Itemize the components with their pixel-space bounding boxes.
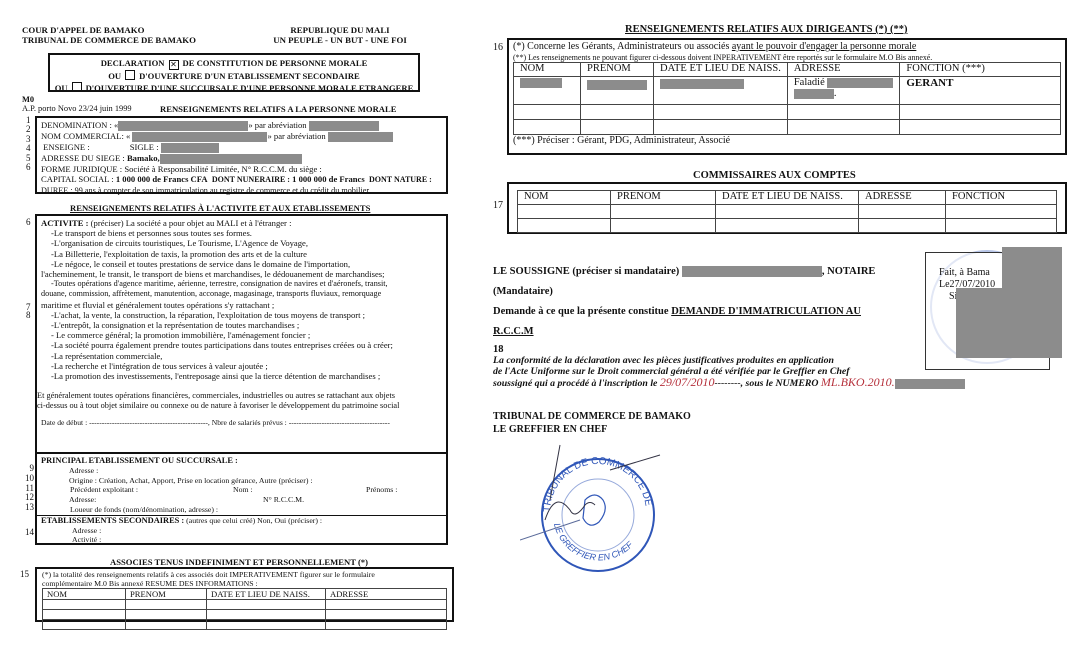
row-number-15: 15 bbox=[20, 569, 29, 579]
table-cell[interactable] bbox=[43, 600, 126, 610]
column-header: FONCTION bbox=[946, 191, 1057, 205]
conformite-text: La conformité de la déclaration avec les… bbox=[493, 355, 965, 389]
activite-line: -L'entrepôt, la consignation et la repré… bbox=[51, 320, 442, 330]
secondaire-activite-field: Activité : bbox=[41, 535, 442, 545]
soussigne-line: LE SOUSSIGNE (préciser si mandataire) , … bbox=[493, 262, 875, 282]
table-cell[interactable] bbox=[126, 600, 207, 610]
table-cell[interactable] bbox=[207, 620, 326, 630]
column-header: NOM bbox=[43, 589, 126, 600]
col-fonction: FONCTION (***) bbox=[900, 63, 1061, 77]
constitution-checkbox[interactable]: ✕ bbox=[169, 60, 179, 70]
denomination-field: DENOMINATION : «» par abréviation bbox=[41, 120, 442, 131]
row-number-14: 14 bbox=[22, 527, 34, 537]
dirigeant-fonction: GERANT bbox=[900, 77, 1061, 105]
dirigeants-header-row: NOM PRENOM DATE ET LIEU DE NAISS. ADRESS… bbox=[514, 63, 1061, 77]
redacted-nom bbox=[520, 78, 562, 88]
mandataire-label: (Mandataire) bbox=[493, 282, 875, 302]
redacted-abbreviation-2 bbox=[328, 132, 393, 142]
table-cell[interactable] bbox=[126, 620, 207, 630]
activite-closing-2: ci-dessus ou à tout objet similaire ou c… bbox=[37, 401, 442, 411]
table-cell[interactable] bbox=[43, 610, 126, 620]
date-debut-field[interactable]: Date de début : ------------------------… bbox=[41, 418, 442, 428]
table-cell[interactable] bbox=[43, 620, 126, 630]
table-row bbox=[43, 610, 447, 620]
greffier-title: LE GREFFIER EN CHEF bbox=[493, 423, 691, 436]
activite-line: -Le transport de biens et personnes sous… bbox=[51, 228, 442, 238]
court-line-2: TRIBUNAL DE COMMERCE DE BAMAKO bbox=[22, 35, 196, 45]
dirigeant-nom bbox=[514, 77, 581, 105]
section-title-dirigeants: RENSEIGNEMENTS RELATIFS AUX DIRIGEANTS (… bbox=[625, 24, 907, 35]
table-cell[interactable] bbox=[716, 205, 859, 219]
activite-line: -L'organisation de circuits touristiques… bbox=[51, 238, 442, 248]
associes-note-2: complémentaire M.0 Bis annexé RESUME DES… bbox=[42, 579, 447, 588]
column-header: PRENOM bbox=[126, 589, 207, 600]
form-code: M0 bbox=[22, 95, 34, 104]
redacted-numero bbox=[895, 379, 965, 389]
court-stamp-icon: TRIBUNAL DE COMMERCE DE BAMAKO LE GREFFI… bbox=[520, 440, 670, 580]
secondaires-field: ETABLISSEMENTS SECONDAIRES : (autres que… bbox=[41, 516, 442, 526]
table-row bbox=[518, 219, 1057, 233]
forme-juridique-field: FORME JURIDIQUE : Société à Responsabili… bbox=[41, 164, 442, 174]
country-line-1: REPUBLIQUE DU MALI bbox=[270, 25, 410, 35]
table-cell[interactable] bbox=[518, 205, 611, 219]
dirigeants-footnote: (***) Préciser : Gérant, PDG, Administra… bbox=[513, 135, 1061, 147]
secondaire-adresse-field: Adresse : bbox=[41, 526, 442, 536]
column-header: ADRESSE bbox=[326, 589, 447, 600]
column-header: DATE ET LIEU DE NAISS. bbox=[716, 191, 859, 205]
table-cell[interactable] bbox=[946, 219, 1057, 233]
soussigne-block: LE SOUSSIGNE (préciser si mandataire) , … bbox=[493, 262, 875, 342]
court-header: COUR D'APPEL DE BAMAKO TRIBUNAL DE COMME… bbox=[22, 25, 196, 45]
redacted-abbreviation bbox=[309, 121, 379, 131]
row-number-6b: 6 bbox=[26, 217, 31, 227]
handwritten-number: ML.BKO.2010. bbox=[821, 375, 895, 389]
dirigeants-table: NOM PRENOM DATE ET LIEU DE NAISS. ADRESS… bbox=[513, 62, 1061, 135]
rccm-label: R.C.C.M bbox=[493, 322, 875, 342]
associes-table: NOMPRENOMDATE ET LIEU DE NAISS.ADRESSE bbox=[42, 588, 447, 630]
activite-line: -La recherche et l'intégration de tous s… bbox=[51, 361, 442, 371]
activite-closing-1: Et généralement toutes opérations financ… bbox=[37, 391, 442, 401]
col-nom: NOM bbox=[514, 63, 581, 77]
commissaires-box: NOMPRENOMDATE ET LIEU DE NAISS.ADRESSEFO… bbox=[507, 182, 1067, 234]
table-cell[interactable] bbox=[611, 205, 716, 219]
table-cell[interactable] bbox=[207, 600, 326, 610]
declaration-box: DECLARATION✕DE CONSTITUTION DE PERSONNE … bbox=[48, 53, 420, 92]
inscription-line: soussigné qui a procédé à l'inscription … bbox=[493, 377, 965, 389]
activite-line: -La société pourra également prendre tou… bbox=[51, 340, 442, 350]
activite-line: -L'achat, la vente, la construction, la … bbox=[51, 310, 442, 320]
row-numbers-1-6: 1 2 3 4 5 6 bbox=[26, 116, 31, 172]
precedent-exploitant-field: Précédent exploitant : Nom : Prénoms : bbox=[41, 485, 442, 495]
dirigeants-note-2: (**) Les renseignements ne pouvant figur… bbox=[513, 53, 1061, 62]
declaration-line-2: OUD'OUVERTURE D'UN ETABLISSEMENT SECONDA… bbox=[50, 70, 418, 82]
activite-line: -La représentation commerciale, bbox=[51, 351, 442, 361]
country-header: REPUBLIQUE DU MALI UN PEUPLE - UN BUT - … bbox=[270, 25, 410, 45]
activite-line: -Le négoce, le conseil et toutes prestat… bbox=[51, 259, 442, 269]
row-number-16: 16 bbox=[493, 42, 503, 53]
col-prenom: PRENOM bbox=[581, 63, 654, 77]
table-cell[interactable] bbox=[611, 219, 716, 233]
redacted-denomination bbox=[118, 121, 248, 131]
table-cell[interactable] bbox=[326, 620, 447, 630]
declaration-line-3: OUD'OUVERTURE D'UNE SUCCURSALE D'UNE PER… bbox=[50, 82, 418, 94]
activite-line: -La Billetterie, l'exploitation de taxis… bbox=[51, 249, 442, 259]
duree-field: DUREE : 99 ans à compter de son immatric… bbox=[41, 186, 442, 196]
redacted-adresse-dirigeant bbox=[827, 78, 893, 88]
column-header: DATE ET LIEU DE NAISS. bbox=[207, 589, 326, 600]
column-header: ADRESSE bbox=[859, 191, 946, 205]
dirigeant-row-1: Faladié . GERANT bbox=[514, 77, 1061, 105]
table-cell[interactable] bbox=[207, 610, 326, 620]
column-header: NOM bbox=[518, 191, 611, 205]
greffier-tribunal: TRIBUNAL DE COMMERCE DE BAMAKO bbox=[493, 410, 691, 423]
nom-commercial-field: NOM COMMERCIAL: « » par abréviation bbox=[41, 131, 442, 142]
table-cell[interactable] bbox=[716, 219, 859, 233]
redacted-sigle bbox=[161, 143, 219, 153]
section-title-activite: RENSEIGNEMENTS RELATIFS À L'ACTIVITE ET … bbox=[70, 203, 370, 213]
section-title-associes: ASSOCIES TENUS INDEFINIMENT ET PERSONNEL… bbox=[110, 557, 368, 567]
etablissement-secondaire-checkbox[interactable] bbox=[125, 70, 135, 80]
greffier-block: TRIBUNAL DE COMMERCE DE BAMAKO LE GREFFI… bbox=[493, 410, 691, 436]
redacted-adresse bbox=[160, 154, 302, 164]
redacted-adresse-line2 bbox=[794, 89, 834, 99]
table-cell[interactable] bbox=[859, 205, 946, 219]
column-header: PRENOM bbox=[611, 191, 716, 205]
table-header-row: NOMPRENOMDATE ET LIEU DE NAISS.ADRESSE bbox=[43, 589, 447, 600]
table-cell[interactable] bbox=[518, 219, 611, 233]
activite-line: - Le commerce général; la promotion immo… bbox=[51, 330, 442, 340]
row-number-17: 17 bbox=[493, 200, 503, 211]
dirigeants-box: (*) Concerne les Gérants, Administrateur… bbox=[507, 38, 1067, 155]
redacted-nom-commercial bbox=[132, 132, 267, 142]
commissaires-table: NOMPRENOMDATE ET LIEU DE NAISS.ADRESSEFO… bbox=[517, 190, 1057, 233]
row-number-18: 18 bbox=[493, 344, 965, 355]
row-number-8: 8 bbox=[26, 310, 31, 320]
section-title-personne-morale: RENSEIGNEMENTS RELATIFS A LA PERSONNE MO… bbox=[160, 104, 396, 114]
dirigeant-row-3 bbox=[514, 120, 1061, 135]
table-cell[interactable] bbox=[326, 600, 447, 610]
table-row bbox=[518, 205, 1057, 219]
precedent-adresse-field: Adresse: N° R.C.C.M. bbox=[41, 495, 442, 505]
associes-note-1: (*) la totalité des renseignements relat… bbox=[42, 570, 447, 579]
activite-line: douane, commission, affrètement, manuten… bbox=[41, 289, 442, 299]
activite-line: -Toutes opérations d'agence maritime, aé… bbox=[51, 279, 442, 289]
form-reference: A.P. porto Novo 23/24 juin 1999 bbox=[22, 104, 132, 113]
conformite-block: 18 La conformité de la déclaration avec … bbox=[493, 344, 965, 389]
origine-field: Origine : Création, Achat, Apport, Prise… bbox=[41, 476, 442, 486]
col-date-lieu: DATE ET LIEU DE NAISS. bbox=[654, 63, 788, 77]
loueur-field: Loueur de fonds (nom/dénomination, adres… bbox=[37, 505, 446, 516]
principal-etablissement-title: PRINCIPAL ETABLISSEMENT OU SUCCURSALE : bbox=[41, 456, 442, 466]
dirigeant-row-2 bbox=[514, 105, 1061, 120]
dirigeant-adresse: Faladié . bbox=[787, 77, 900, 105]
activite-intro: ACTIVITE : (préciser) La société a pour … bbox=[41, 218, 442, 228]
redacted-date-lieu bbox=[660, 79, 744, 89]
table-cell[interactable] bbox=[126, 610, 207, 620]
dirigeant-date-lieu bbox=[654, 77, 788, 105]
associes-box: (*) la totalité des renseignements relat… bbox=[35, 567, 454, 622]
court-line-1: COUR D'APPEL DE BAMAKO bbox=[22, 25, 196, 35]
col-adresse: ADRESSE bbox=[787, 63, 900, 77]
dirigeants-note-1: (*) Concerne les Gérants, Administrateur… bbox=[513, 41, 1061, 53]
table-row bbox=[43, 620, 447, 630]
section-title-commissaires: COMMISSAIRES AUX COMPTES bbox=[693, 170, 856, 181]
succursale-checkbox[interactable] bbox=[72, 82, 82, 92]
principal-adresse-field: Adresse : bbox=[41, 466, 442, 476]
redacted-prenom bbox=[587, 80, 647, 90]
dirigeant-prenom bbox=[581, 77, 654, 105]
redacted-soussigne bbox=[682, 266, 822, 277]
row-numbers-9-13: 9 10 11 12 13 bbox=[22, 464, 34, 513]
table-cell[interactable] bbox=[946, 205, 1057, 219]
country-line-2: UN PEUPLE - UN BUT - UNE FOI bbox=[270, 35, 410, 45]
activite-box: ACTIVITE : (préciser) La société a pour … bbox=[35, 214, 448, 454]
adresse-siege-field: ADRESSE DU SIEGE : Bamako, bbox=[41, 153, 442, 164]
capital-social-field: CAPITAL SOCIAL : 1 000 000 de Francs CFA… bbox=[41, 174, 442, 185]
personne-morale-box: DENOMINATION : «» par abréviation NOM CO… bbox=[35, 116, 448, 194]
table-cell[interactable] bbox=[326, 610, 447, 620]
activite-line: -La promotion des investissements, l'ent… bbox=[51, 371, 442, 381]
declaration-line-1: DECLARATION✕DE CONSTITUTION DE PERSONNE … bbox=[50, 57, 418, 70]
activite-list: -Le transport de biens et personnes sous… bbox=[41, 228, 442, 381]
table-row bbox=[43, 600, 447, 610]
activite-line: l'acheminement, le transit, le transport… bbox=[41, 269, 442, 279]
activite-line: maritime et fluvial et généralement tout… bbox=[41, 300, 442, 310]
redacted-signature-top bbox=[1002, 247, 1062, 289]
redacted-signature bbox=[956, 288, 1062, 358]
table-header-row: NOMPRENOMDATE ET LIEU DE NAISS.ADRESSEFO… bbox=[518, 191, 1057, 205]
svg-text:TRIBUNAL DE COMMERCE DE BAMAKO: TRIBUNAL DE COMMERCE DE BAMAKO bbox=[520, 440, 654, 512]
handwritten-date: 29/07/2010 bbox=[660, 375, 715, 389]
etablissement-box: PRINCIPAL ETABLISSEMENT OU SUCCURSALE : … bbox=[35, 452, 448, 545]
enseigne-field: ENSEIGNE :SIGLE : bbox=[41, 142, 442, 153]
table-cell[interactable] bbox=[859, 219, 946, 233]
demande-line: Demande à ce que la présente constitue D… bbox=[493, 302, 875, 322]
